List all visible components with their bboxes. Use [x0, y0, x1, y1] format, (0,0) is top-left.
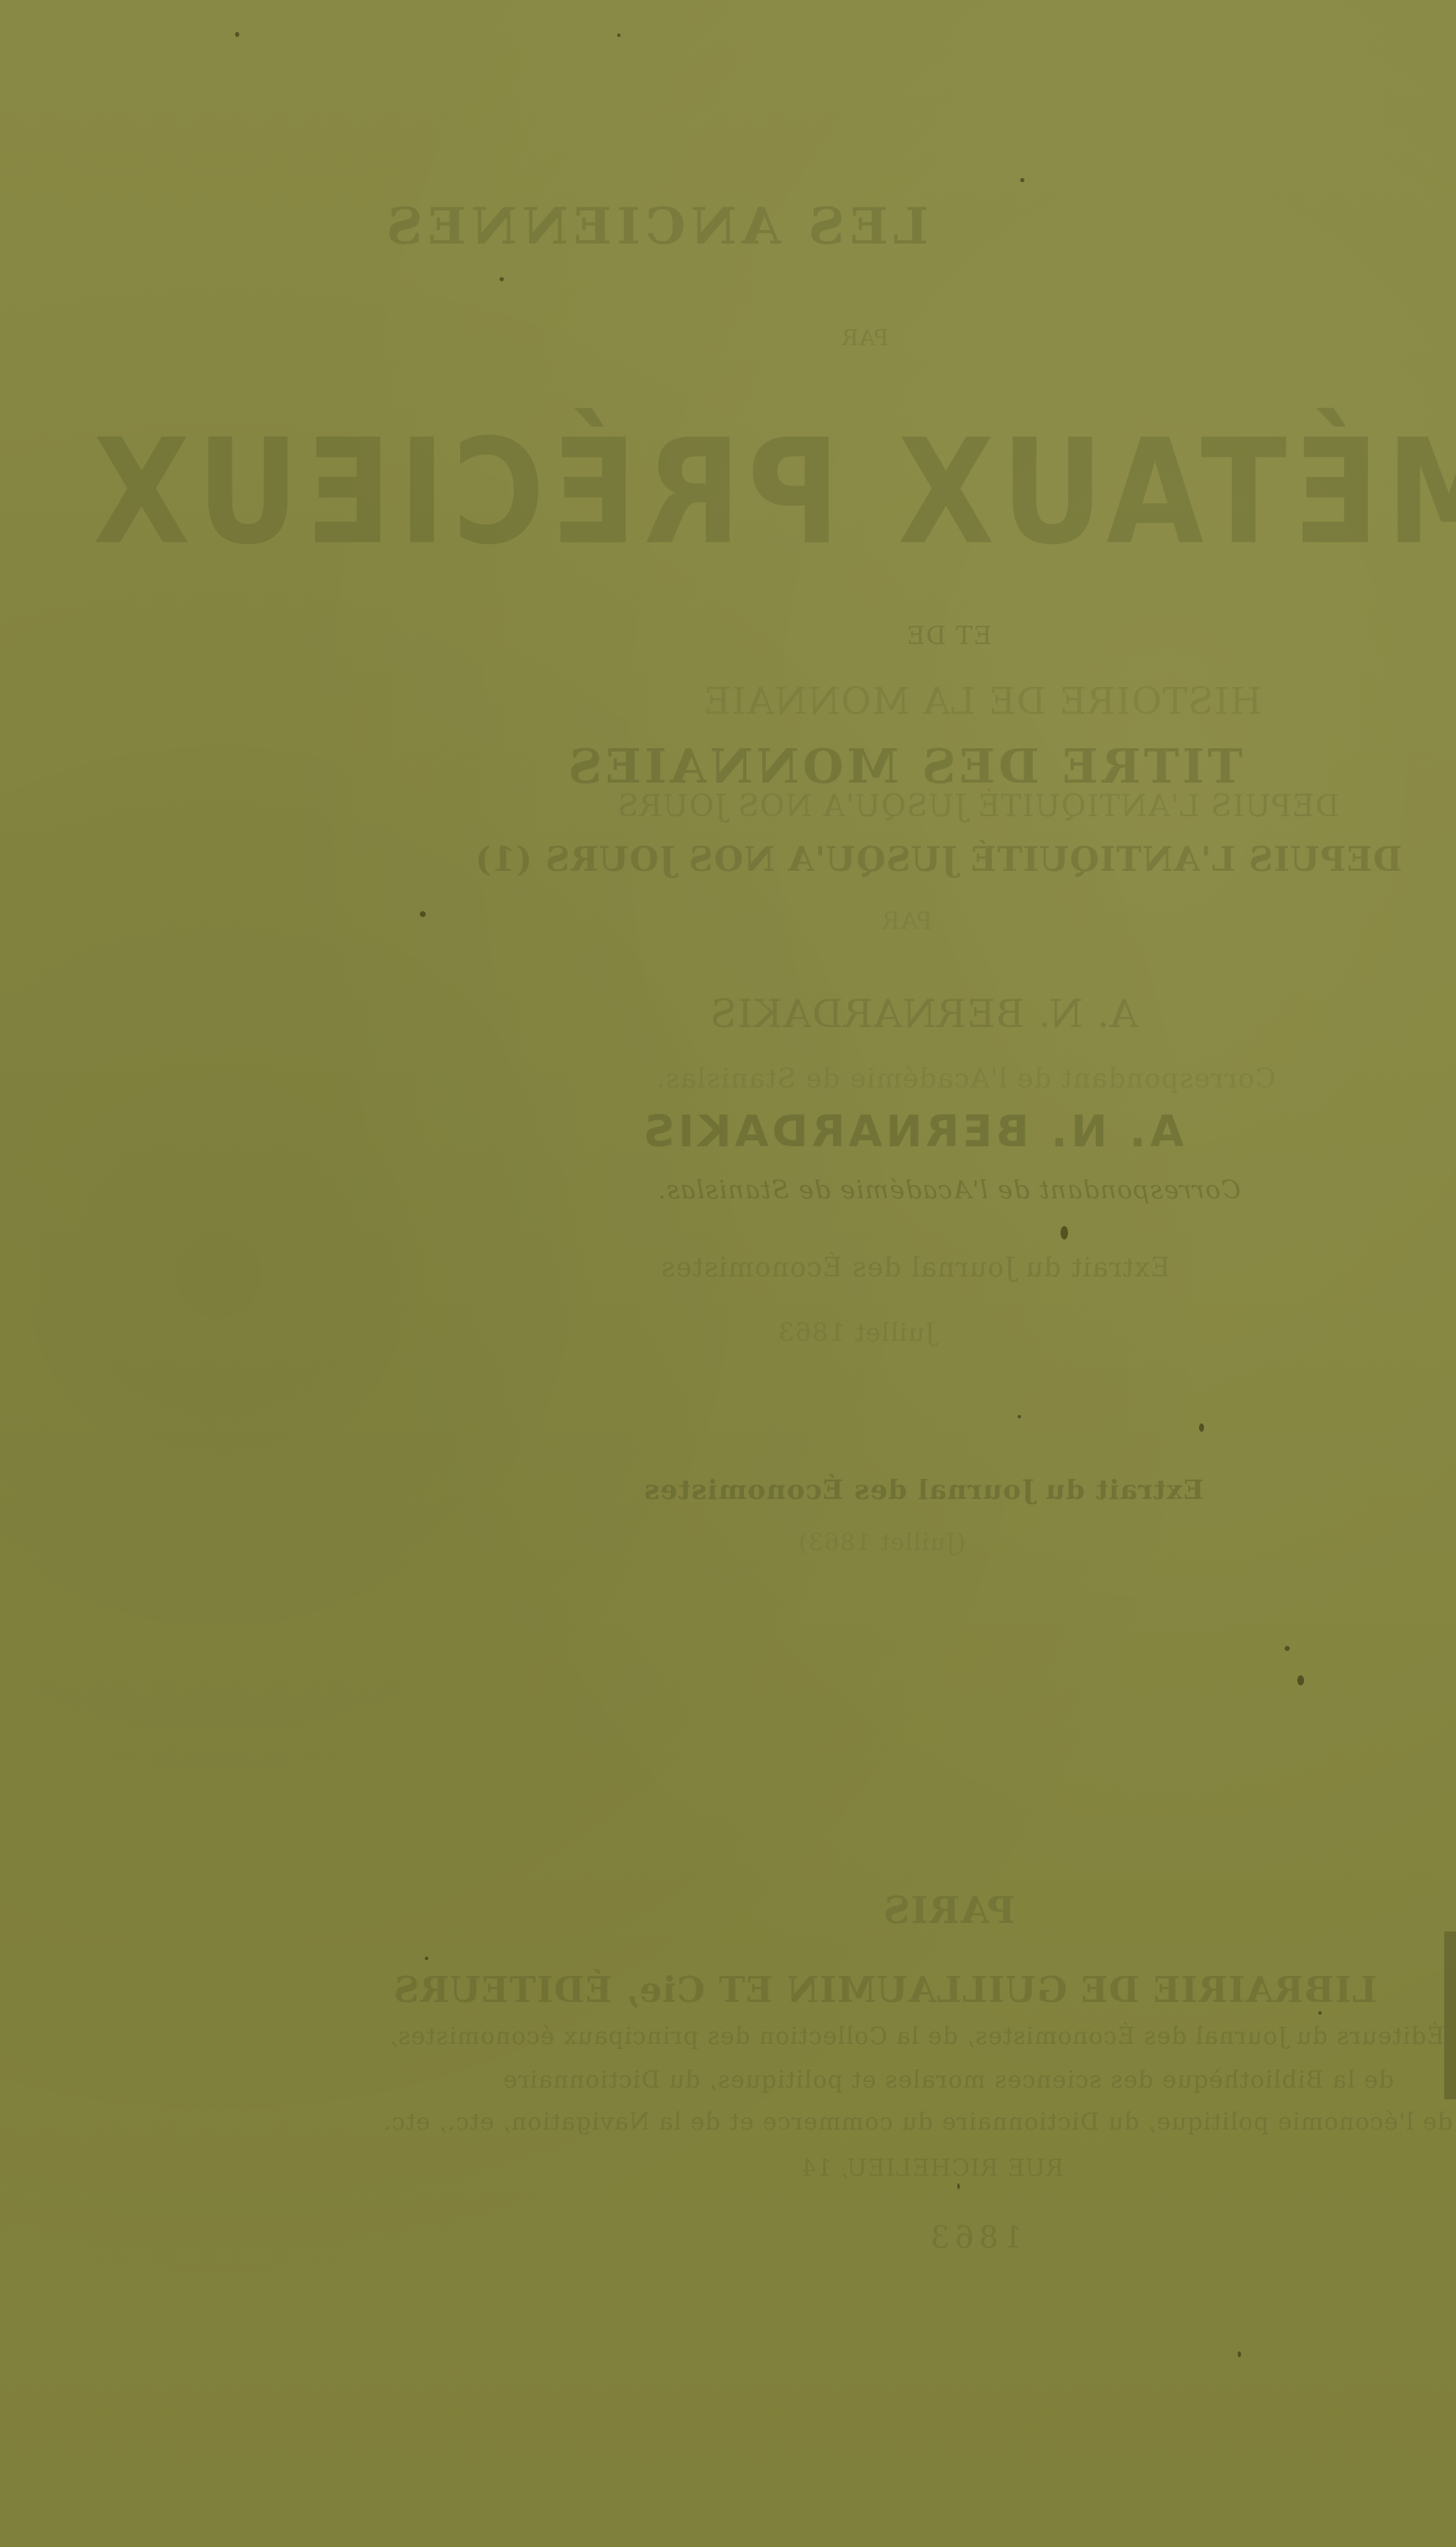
show-through-publisher: LIBRAIRIE DE GUILLAUMIN ET Cie, ÉDITEURS — [571, 1969, 1377, 2010]
show-through-author-faint: A. N. BERNARDAKIS — [672, 991, 1176, 1036]
show-through-connector: ET DE — [823, 621, 1075, 651]
show-through-header: LES ANCIENNES — [361, 197, 949, 256]
show-through-publisher-line-1: Éditeurs du Journal des Économistes, de … — [504, 2022, 1444, 2050]
paper-speck — [1238, 2351, 1241, 2357]
show-through-title-2: TITRE DES MONNAIES — [655, 739, 1243, 794]
show-through-extract-faint: Extrait du Journal des Économistes — [605, 1251, 1226, 1283]
show-through-year: 1863 — [907, 2221, 1041, 2256]
show-through-faint-line-2: DEPUIS L'ANTIQUITÉ JUSQU'A NOS JOURS — [537, 789, 1419, 824]
paper-speck — [1018, 1415, 1021, 1418]
paper-speck — [1020, 178, 1024, 182]
paper-speck — [617, 34, 621, 37]
show-through-faint-line-1: HISTOIRE DE LA MONNAIE — [579, 680, 1385, 723]
show-through-city: PARIS — [873, 1889, 1024, 1932]
paper-speck — [957, 2183, 960, 2189]
paper-speck — [500, 277, 504, 281]
paper-speck — [1285, 1646, 1290, 1651]
show-through-subtitle: DEPUIS L'ANTIQUITÉ JUSQU'A NOS JOURS (1) — [537, 840, 1402, 879]
show-through-publisher-line-3: de l'économie politique, du Dictionnaire… — [420, 2108, 1453, 2136]
book-page-verso: LES ANCIENNES PAR MÉTAUX PRÉCIEUX ET DE … — [0, 0, 1456, 2547]
paper-speck — [1297, 1675, 1304, 1685]
show-through-affiliation-faint: Correspondant de l'Académie de Stanislas… — [504, 1062, 1427, 1094]
show-through-publisher-line-2: de la Bibliothèque des sciences morales … — [554, 2066, 1394, 2094]
paper-speck — [235, 32, 239, 37]
paper-speck — [1318, 2011, 1322, 2015]
show-through-date-faint: Juillet 1863 — [722, 1318, 991, 1348]
paper-speck — [425, 1957, 428, 1960]
show-through-header-sub: PAR — [739, 326, 991, 351]
show-through-main-title: MÉTAUX PRÉCIEUX — [420, 409, 1456, 577]
show-through-sub-faint: PAR — [697, 907, 1117, 935]
show-through-address: RUE RICHELIEU, 14 — [756, 2154, 1108, 2182]
page-edge-shadow — [1444, 1931, 1456, 2099]
paper-speck — [420, 911, 426, 917]
show-through-extract: Extrait du Journal des Économistes — [613, 1474, 1234, 1506]
paper-speck — [1061, 1226, 1068, 1239]
show-through-affiliation: Correspondant de l'Académie de Stanislas… — [504, 1176, 1394, 1205]
paper-speck — [1199, 1423, 1204, 1432]
show-through-author: A. N. BERNARDAKIS — [697, 1107, 1184, 1157]
show-through-date-faint-2: (Juillet 1863) — [714, 1528, 1050, 1556]
